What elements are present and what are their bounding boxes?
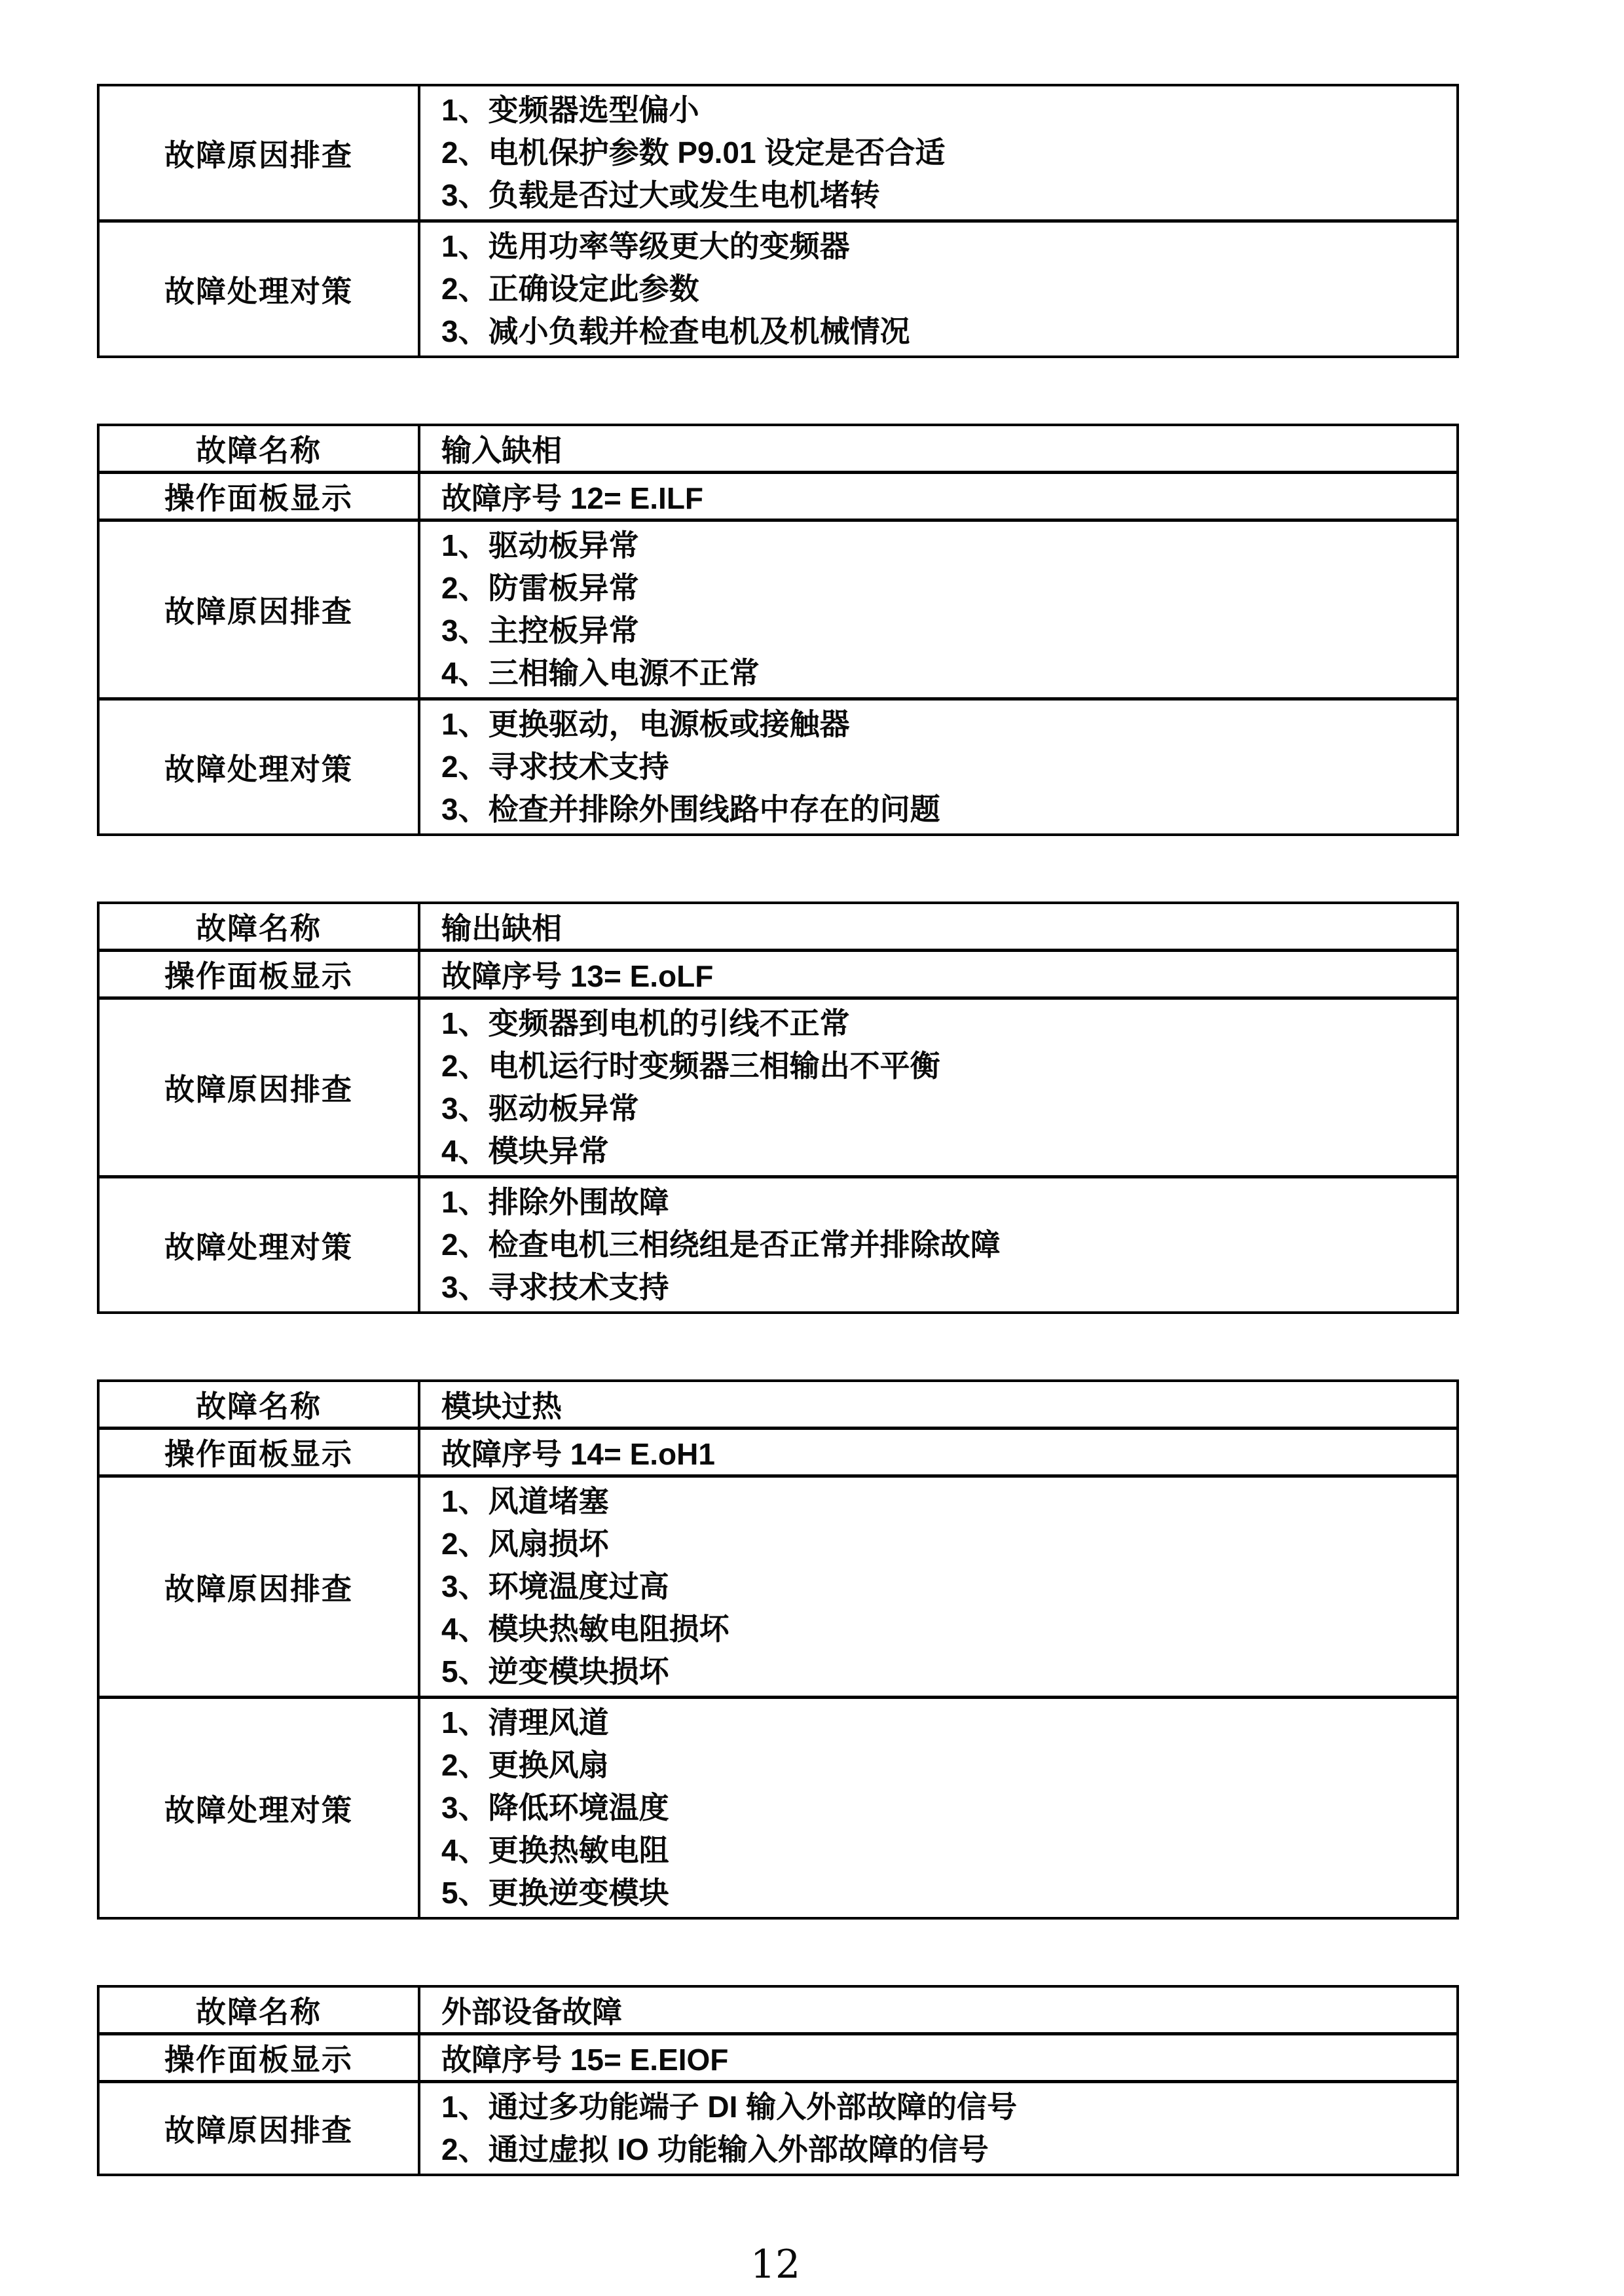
row-content: 1、排除外围故障2、检查电机三相绕组是否正常并排除故障3、寻求技术支持 <box>420 1178 1456 1311</box>
list-item: 3、环境温度过高 <box>441 1565 1456 1608</box>
row-label: 故障原因排查 <box>100 522 420 697</box>
row-label: 故障原因排查 <box>100 1000 420 1175</box>
row-label: 故障处理对策 <box>100 223 420 355</box>
row-text: 输入缺相 <box>441 427 562 470</box>
page-content: 故障原因排查1、变频器选型偏小2、电机保护参数 P9.01 设定是否合适3、负载… <box>97 84 1459 2287</box>
list-item: 2、更换风扇 <box>441 1744 1456 1787</box>
fault-table: 故障名称输入缺相操作面板显示故障序号 12= E.ILF故障原因排查1、驱动板异… <box>97 424 1459 836</box>
row-label: 故障原因排查 <box>100 2083 420 2174</box>
list-item: 1、更换驱动，电源板或接触器 <box>441 703 1456 746</box>
fault-table: 故障名称输出缺相操作面板显示故障序号 13= E.oLF故障原因排查1、变频器到… <box>97 902 1459 1314</box>
table-row: 故障名称外部设备故障 <box>100 1988 1456 2035</box>
list-item: 2、电机保护参数 P9.01 设定是否合适 <box>441 132 1456 174</box>
table-row: 故障处理对策1、选用功率等级更大的变频器2、正确设定此参数3、减小负载并检查电机… <box>100 223 1456 355</box>
table-row: 故障处理对策1、排除外围故障2、检查电机三相绕组是否正常并排除故障3、寻求技术支… <box>100 1178 1456 1311</box>
tables-container: 故障原因排查1、变频器选型偏小2、电机保护参数 P9.01 设定是否合适3、负载… <box>97 84 1459 2176</box>
row-label: 故障处理对策 <box>100 1699 420 1917</box>
row-label: 操作面板显示 <box>100 1430 420 1474</box>
list-item: 2、防雷板异常 <box>441 567 1456 610</box>
list-item: 1、排除外围故障 <box>441 1181 1456 1224</box>
row-content: 1、风道堵塞2、风扇损坏3、环境温度过高4、模块热敏电阻损坏5、逆变模块损坏 <box>420 1478 1456 1696</box>
row-content: 1、变频器到电机的引线不正常2、电机运行时变频器三相输出不平衡3、驱动板异常4、… <box>420 1000 1456 1175</box>
page-number: 12 <box>97 2242 1454 2287</box>
row-content: 1、更换驱动，电源板或接触器2、寻求技术支持3、检查并排除外围线路中存在的问题 <box>420 701 1456 833</box>
list-item: 1、选用功率等级更大的变频器 <box>441 225 1456 268</box>
row-label: 操作面板显示 <box>100 474 420 519</box>
list-item: 2、风扇损坏 <box>441 1523 1456 1565</box>
row-content: 故障序号 12= E.ILF <box>420 474 1456 519</box>
list-item: 1、风道堵塞 <box>441 1480 1456 1523</box>
table-row: 操作面板显示故障序号 14= E.oH1 <box>100 1430 1456 1478</box>
row-content: 输出缺相 <box>420 904 1456 949</box>
list-item: 5、更换逆变模块 <box>441 1872 1456 1914</box>
list-item: 2、电机运行时变频器三相输出不平衡 <box>441 1045 1456 1087</box>
list-item: 4、模块热敏电阻损坏 <box>441 1608 1456 1650</box>
list-item: 3、主控板异常 <box>441 610 1456 652</box>
list-item: 4、模块异常 <box>441 1130 1456 1173</box>
row-label: 故障原因排查 <box>100 1478 420 1696</box>
row-text: 故障序号 15= E.EIOF <box>441 2036 728 2079</box>
list-item: 2、寻求技术支持 <box>441 746 1456 788</box>
row-content: 外部设备故障 <box>420 1988 1456 2032</box>
row-label: 故障处理对策 <box>100 701 420 833</box>
row-text: 故障序号 14= E.oH1 <box>441 1430 715 1474</box>
fault-table: 故障名称模块过热操作面板显示故障序号 14= E.oH1故障原因排查1、风道堵塞… <box>97 1379 1459 1920</box>
row-label: 故障名称 <box>100 1382 420 1427</box>
table-row: 故障原因排查1、驱动板异常2、防雷板异常3、主控板异常4、三相输入电源不正常 <box>100 522 1456 701</box>
row-content: 1、变频器选型偏小2、电机保护参数 P9.01 设定是否合适3、负载是否过大或发… <box>420 86 1456 219</box>
table-row: 操作面板显示故障序号 13= E.oLF <box>100 952 1456 1000</box>
row-label: 故障名称 <box>100 426 420 471</box>
row-content: 模块过热 <box>420 1382 1456 1427</box>
fault-table: 故障名称外部设备故障操作面板显示故障序号 15= E.EIOF故障原因排查1、通… <box>97 1985 1459 2176</box>
table-row: 故障名称输入缺相 <box>100 426 1456 474</box>
table-row: 故障原因排查1、通过多功能端子 DI 输入外部故障的信号2、通过虚拟 IO 功能… <box>100 2083 1456 2174</box>
row-content: 输入缺相 <box>420 426 1456 471</box>
row-text: 故障序号 13= E.oLF <box>441 953 713 996</box>
list-item: 1、清理风道 <box>441 1702 1456 1744</box>
list-item: 2、检查电机三相绕组是否正常并排除故障 <box>441 1224 1456 1266</box>
row-text: 故障序号 12= E.ILF <box>441 475 703 518</box>
list-item: 3、寻求技术支持 <box>441 1266 1456 1309</box>
list-item: 2、正确设定此参数 <box>441 268 1456 310</box>
table-row: 故障名称输出缺相 <box>100 904 1456 952</box>
list-item: 4、更换热敏电阻 <box>441 1829 1456 1872</box>
row-label: 操作面板显示 <box>100 952 420 996</box>
list-item: 2、通过虚拟 IO 功能输入外部故障的信号 <box>441 2128 1456 2171</box>
fault-table: 故障原因排查1、变频器选型偏小2、电机保护参数 P9.01 设定是否合适3、负载… <box>97 84 1459 358</box>
row-label: 故障处理对策 <box>100 1178 420 1311</box>
row-label: 故障名称 <box>100 1988 420 2032</box>
row-text: 模块过热 <box>441 1383 562 1426</box>
row-label: 故障原因排查 <box>100 86 420 219</box>
row-label: 故障名称 <box>100 904 420 949</box>
list-item: 1、变频器到电机的引线不正常 <box>441 1002 1456 1045</box>
table-row: 操作面板显示故障序号 15= E.EIOF <box>100 2035 1456 2083</box>
row-content: 1、通过多功能端子 DI 输入外部故障的信号2、通过虚拟 IO 功能输入外部故障… <box>420 2083 1456 2174</box>
row-text: 外部设备故障 <box>441 1988 622 2032</box>
list-item: 3、减小负载并检查电机及机械情况 <box>441 310 1456 353</box>
list-item: 3、驱动板异常 <box>441 1087 1456 1130</box>
row-content: 故障序号 14= E.oH1 <box>420 1430 1456 1474</box>
list-item: 3、检查并排除外围线路中存在的问题 <box>441 788 1456 831</box>
row-content: 1、选用功率等级更大的变频器2、正确设定此参数3、减小负载并检查电机及机械情况 <box>420 223 1456 355</box>
list-item: 5、逆变模块损坏 <box>441 1650 1456 1693</box>
list-item: 4、三相输入电源不正常 <box>441 652 1456 695</box>
row-content: 故障序号 13= E.oLF <box>420 952 1456 996</box>
table-row: 故障原因排查1、变频器到电机的引线不正常2、电机运行时变频器三相输出不平衡3、驱… <box>100 1000 1456 1178</box>
row-label: 操作面板显示 <box>100 2035 420 2080</box>
table-row: 故障处理对策1、更换驱动，电源板或接触器2、寻求技术支持3、检查并排除外围线路中… <box>100 701 1456 833</box>
list-item: 1、通过多功能端子 DI 输入外部故障的信号 <box>441 2086 1456 2128</box>
row-content: 故障序号 15= E.EIOF <box>420 2035 1456 2080</box>
table-row: 故障名称模块过热 <box>100 1382 1456 1430</box>
table-row: 故障原因排查1、风道堵塞2、风扇损坏3、环境温度过高4、模块热敏电阻损坏5、逆变… <box>100 1478 1456 1699</box>
row-text: 输出缺相 <box>441 905 562 948</box>
list-item: 1、变频器选型偏小 <box>441 89 1456 132</box>
table-row: 操作面板显示故障序号 12= E.ILF <box>100 474 1456 522</box>
list-item: 3、负载是否过大或发生电机堵转 <box>441 174 1456 217</box>
row-content: 1、驱动板异常2、防雷板异常3、主控板异常4、三相输入电源不正常 <box>420 522 1456 697</box>
list-item: 3、降低环境温度 <box>441 1787 1456 1829</box>
list-item: 1、驱动板异常 <box>441 524 1456 567</box>
table-row: 故障处理对策1、清理风道2、更换风扇3、降低环境温度4、更换热敏电阻5、更换逆变… <box>100 1699 1456 1917</box>
row-content: 1、清理风道2、更换风扇3、降低环境温度4、更换热敏电阻5、更换逆变模块 <box>420 1699 1456 1917</box>
table-row: 故障原因排查1、变频器选型偏小2、电机保护参数 P9.01 设定是否合适3、负载… <box>100 86 1456 223</box>
